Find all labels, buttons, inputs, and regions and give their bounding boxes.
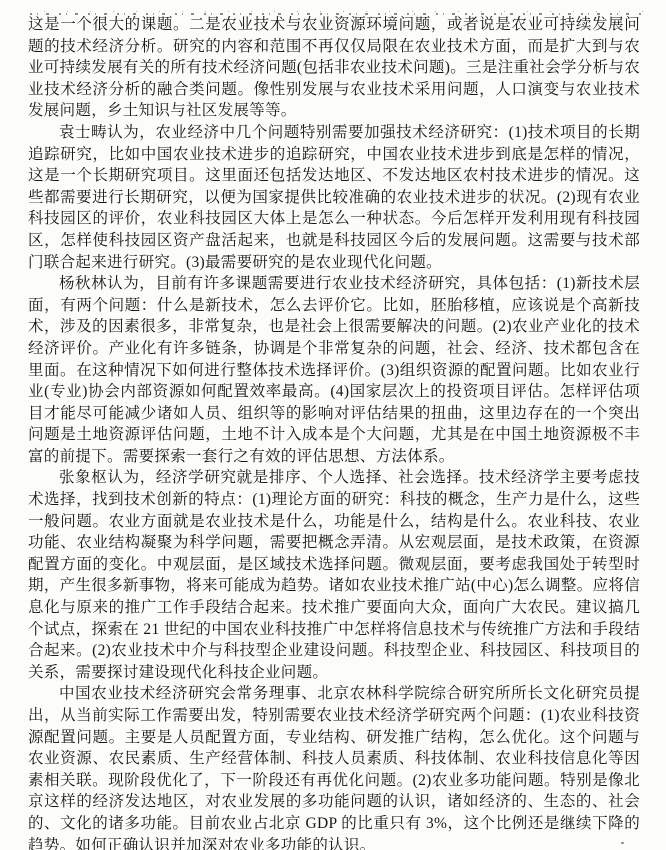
paragraph-4: 张象枢认为，经济学研究就是排序、个人选择、社会选择。技术经济学主要考虑技术选择，… bbox=[28, 467, 640, 683]
paragraph-2: 袁士畴认为，农业经济中几个问题特别需要加强技术经济研究：(1)技术项目的长期追踪… bbox=[28, 122, 640, 273]
body-text: 这是一个很大的课题。二是农业技术与农业资源环境问题，或者说是农业可持续发展问题的… bbox=[28, 14, 640, 850]
paragraph-3: 杨秋林认为，目前有许多课题需要进行农业技术经济研究，具体包括：(1)新技术层面，… bbox=[28, 273, 640, 467]
paragraph-1: 这是一个很大的课题。二是农业技术与农业资源环境问题，或者说是农业可持续发展问题的… bbox=[28, 14, 640, 122]
scan-noise-speck bbox=[621, 842, 624, 844]
document-page: 这是一个很大的课题。二是农业技术与农业资源环境问题，或者说是农业可持续发展问题的… bbox=[0, 0, 666, 850]
paragraph-5: 中国农业技术经济研究会常务理事、北京农林科学院综合研究所所长文化研究员提出，从当… bbox=[28, 683, 640, 850]
